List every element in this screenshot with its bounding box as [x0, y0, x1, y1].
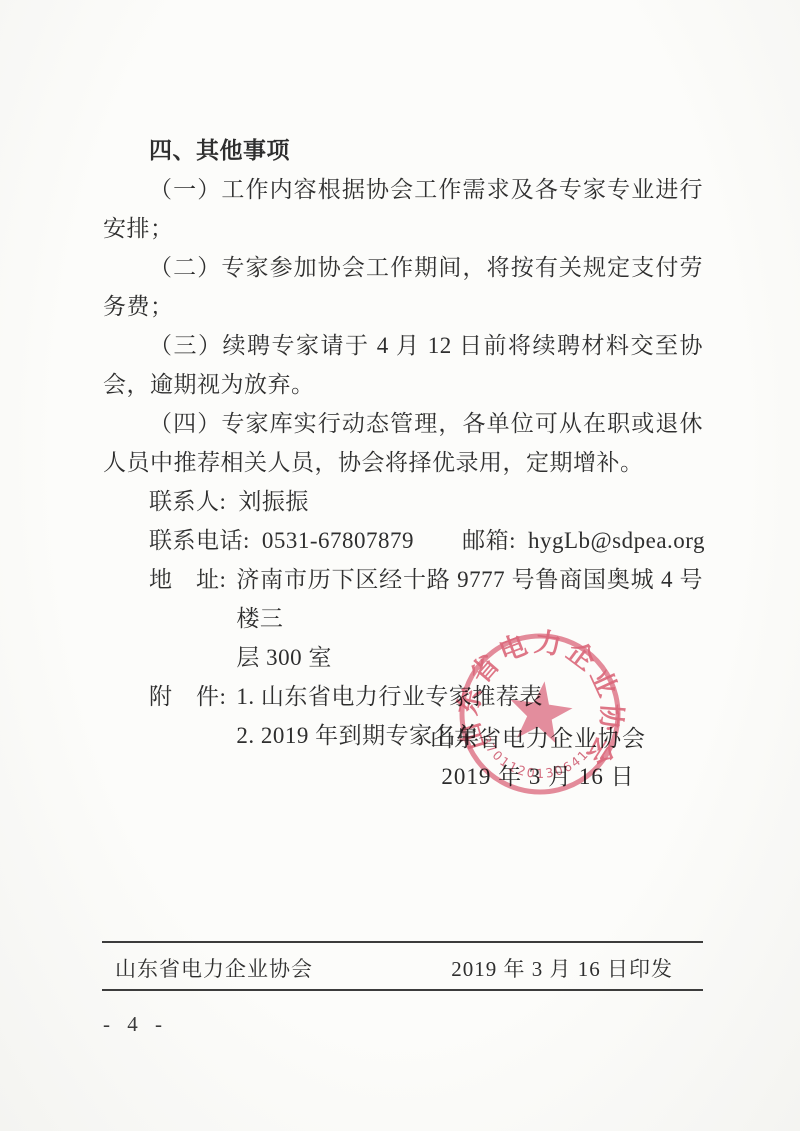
attachments-label: 附 件: — [149, 677, 226, 716]
contact-person-value: 刘振振 — [238, 489, 309, 514]
address-line: 层 300 室 — [236, 638, 703, 677]
page-number: - 4 - — [103, 1012, 168, 1037]
attachment-item: 1. 山东省电力行业专家推荐表 — [236, 677, 543, 716]
paragraph-item-2: （二）专家参加协会工作期间，将按有关规定支付劳务费； — [103, 248, 703, 326]
contact-person-label: 联系人: — [149, 489, 226, 514]
paragraph-item-3: （三）续聘专家请于 4 月 12 日前将续聘材料交至协会，逾期视为放弃。 — [103, 326, 703, 404]
contact-person-row: 联系人:刘振振 — [149, 482, 703, 521]
contact-address-value: 济南市历下区经十路 9777 号鲁商国奥城 4 号楼三 层 300 室 — [236, 560, 703, 677]
footer-rule-bottom — [102, 989, 703, 991]
contact-email-label: 邮箱: — [462, 528, 516, 553]
document-body: 四、其他事项 （一）工作内容根据协会工作需求及各专家专业进行安排； （二）专家参… — [103, 131, 703, 755]
footer-print-date: 2019 年 3 月 16 日印发 — [451, 953, 673, 983]
footer-imprint: 山东省电力企业协会 2019 年 3 月 16 日印发 — [102, 948, 703, 988]
paragraph-item-1: （一）工作内容根据协会工作需求及各专家专业进行安排； — [103, 170, 703, 248]
signature-block: 山东省电力企业协会 2019 年 3 月 16 日 — [378, 720, 698, 796]
contact-phone-label: 联系电话: — [149, 528, 250, 553]
scanned-document-page: 四、其他事项 （一）工作内容根据协会工作需求及各专家专业进行安排； （二）专家参… — [0, 0, 800, 1131]
contact-email-value: hygLb@sdpea.org — [528, 528, 705, 553]
footer-rule-top — [102, 941, 703, 943]
contact-block: 联系人:刘振振 联系电话:0531-67807879邮箱:hygLb@sdpea… — [149, 482, 703, 755]
footer-org: 山东省电力企业协会 — [115, 953, 313, 983]
contact-phone-value: 0531-67807879 — [262, 528, 414, 553]
signature-org: 山东省电力企业协会 — [378, 720, 698, 758]
contact-address-row: 地 址: 济南市历下区经十路 9777 号鲁商国奥城 4 号楼三 层 300 室 — [149, 560, 703, 677]
paragraph-item-4: （四）专家库实行动态管理，各单位可从在职或退休人员中推荐相关人员，协会将择优录用… — [103, 404, 703, 482]
address-line: 济南市历下区经十路 9777 号鲁商国奥城 4 号楼三 — [236, 560, 703, 638]
section-heading: 四、其他事项 — [103, 131, 703, 170]
signature-date: 2019 年 3 月 16 日 — [378, 758, 698, 796]
contact-address-label: 地 址: — [149, 560, 226, 599]
contact-phone-row: 联系电话:0531-67807879邮箱:hygLb@sdpea.org — [149, 521, 703, 560]
